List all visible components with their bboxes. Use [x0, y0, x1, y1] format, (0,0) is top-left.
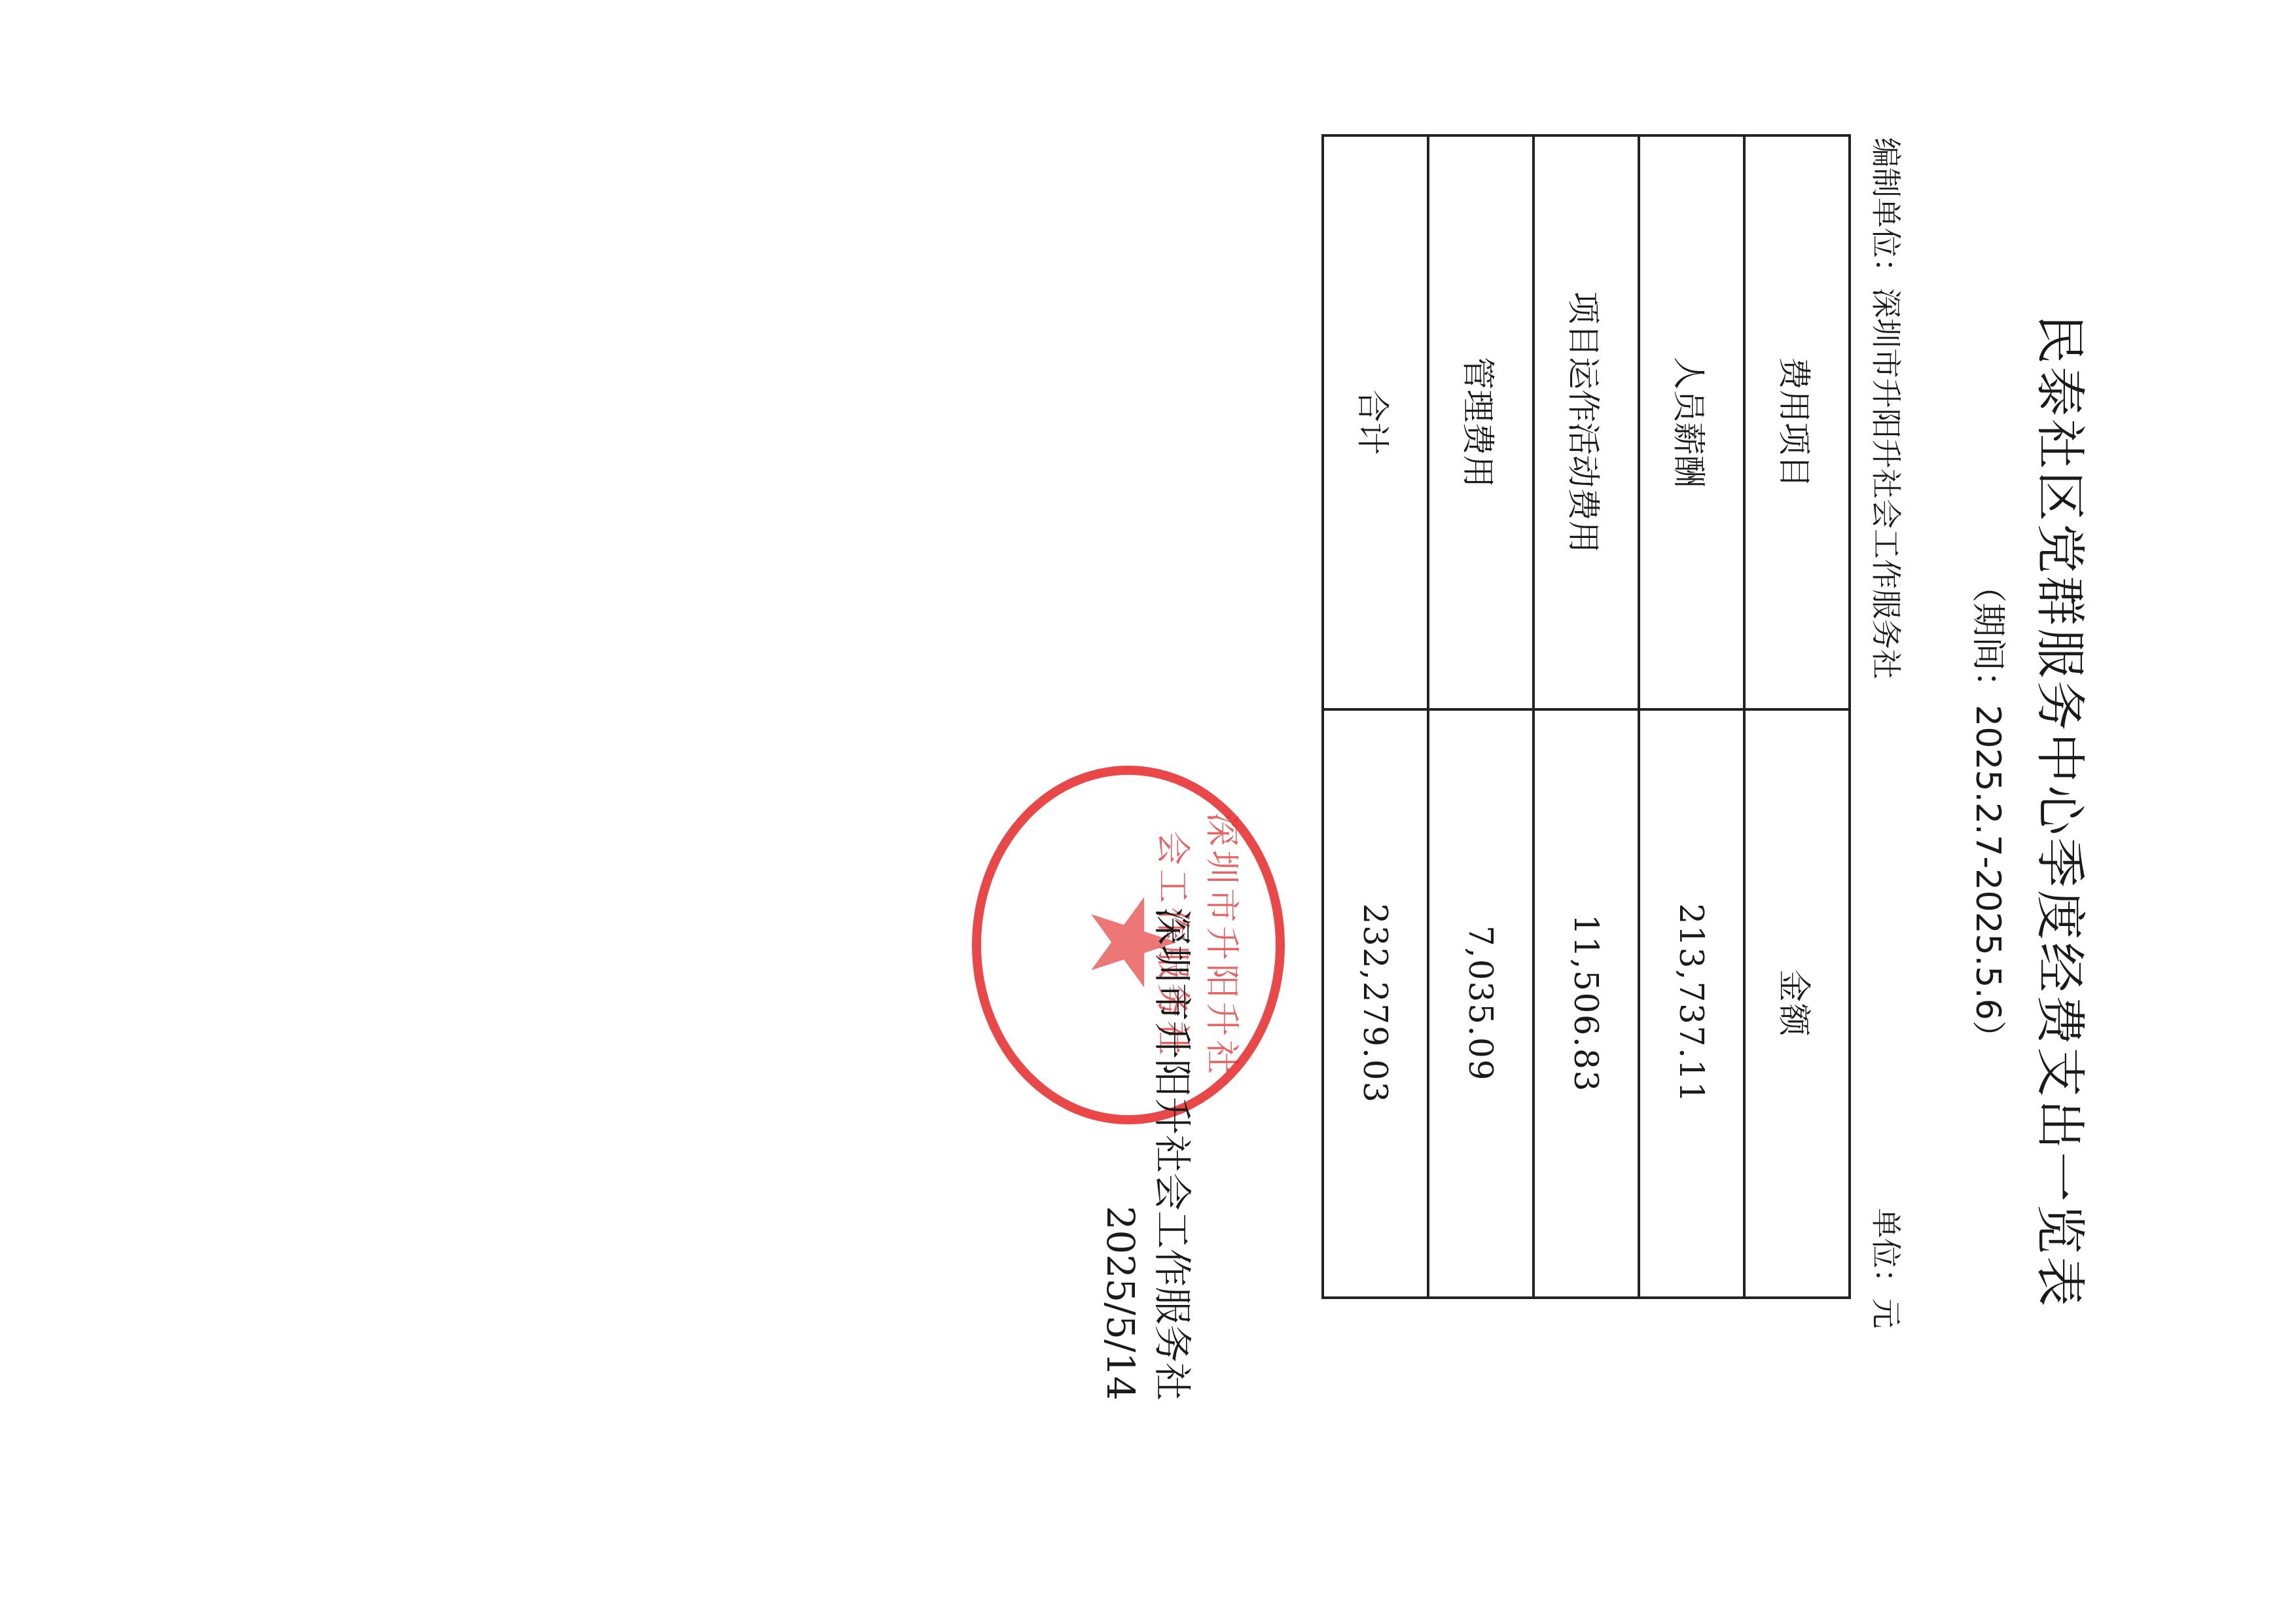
total-label: 合计 [1323, 135, 1428, 709]
expense-table: 费用项目 金额 人员薪酬 213,737.11 项目运作活动费用 11,506.… [1321, 134, 1851, 1299]
row-amount: 11,506.83 [1534, 709, 1639, 1298]
row-amount: 7,035.09 [1428, 709, 1534, 1298]
row-item: 管理费用 [1428, 135, 1534, 709]
row-amount: 213,737.11 [1639, 709, 1744, 1298]
reporting-period: （期间：2025.2.7-2025.5.6） [1967, 0, 2016, 1623]
row-item: 项目运作活动费用 [1534, 135, 1639, 709]
header-amount: 金额 [1744, 709, 1850, 1298]
row-item: 人员薪酬 [1639, 135, 1744, 709]
table-row: 人员薪酬 213,737.11 [1639, 135, 1744, 1298]
total-amount: 232,279.03 [1323, 709, 1428, 1298]
table-total-row: 合计 232,279.03 [1323, 135, 1428, 1298]
header-info-row: 编制单位：深圳市升阳升社会工作服务社 单位：元 [1871, 124, 1910, 1289]
header-item: 费用项目 [1744, 135, 1850, 709]
signature-block: 深圳市升阳升社会工作服务社 2025/5/14 [1098, 811, 1203, 1400]
table-row: 项目运作活动费用 11,506.83 [1534, 135, 1639, 1298]
currency-unit: 单位：元 [1867, 1208, 1910, 1329]
table-header-row: 费用项目 金额 [1744, 135, 1850, 1298]
signature-organization: 深圳市升阳升社会工作服务社 [1150, 907, 1194, 1400]
document-page: 民泰社区党群服务中心季度经费支出一览表 （期间：2025.2.7-2025.5.… [0, 0, 2296, 1623]
compiling-unit: 编制单位：深圳市升阳升社会工作服务社 [1867, 137, 1910, 679]
table-row: 管理费用 7,035.09 [1428, 135, 1534, 1298]
signature-date: 2025/5/14 [1098, 811, 1143, 1400]
document-title: 民泰社区党群服务中心季度经费支出一览表 [2028, 0, 2100, 1623]
